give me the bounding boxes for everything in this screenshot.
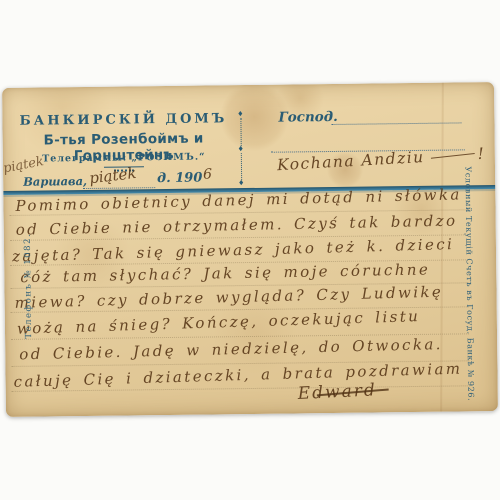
right-edge-vertical-text: Условный Текущій Счетъ въ Госуд. Банкѣ №…	[461, 159, 475, 409]
diamond-icon: ♦	[238, 146, 244, 153]
greeting-exclamation: !	[477, 145, 486, 163]
diamond-icon: ♦	[237, 111, 243, 118]
message-line: od Ciebie. Jadę w niedzielę, do Otwocka.	[19, 335, 443, 363]
date-prefix: д. 190	[157, 171, 202, 187]
header-divider-ornament: ♦ ♦ ♦	[235, 111, 246, 187]
diamond-icon: ♦	[238, 180, 244, 187]
addressee-label: Господ.	[278, 109, 338, 126]
left-edge-vertical-text: Телефонъ № 1082.	[23, 211, 37, 361]
telegram-line: Телеграммы: „РОЗИМЪ.“	[11, 151, 237, 165]
bank-title: БАНКИРСКІЙ ДОМЪ	[17, 111, 229, 129]
greeting-word: Andziu	[361, 148, 425, 170]
city-label: Варшава,	[23, 174, 87, 189]
greeting-word: Kochana	[277, 152, 356, 174]
margin-scribble: piątek	[2, 154, 45, 176]
handwritten-day: piątek	[88, 164, 137, 187]
divider-dotted-line	[240, 118, 241, 146]
divider-dotted-line	[240, 153, 241, 181]
signature: Edward	[297, 380, 389, 404]
postcard: БАНКИРСКІЙ ДОМЪ Б-тья Розенбоймъ и Горнш…	[2, 82, 498, 417]
handwritten-year-digit: 6	[203, 166, 212, 182]
